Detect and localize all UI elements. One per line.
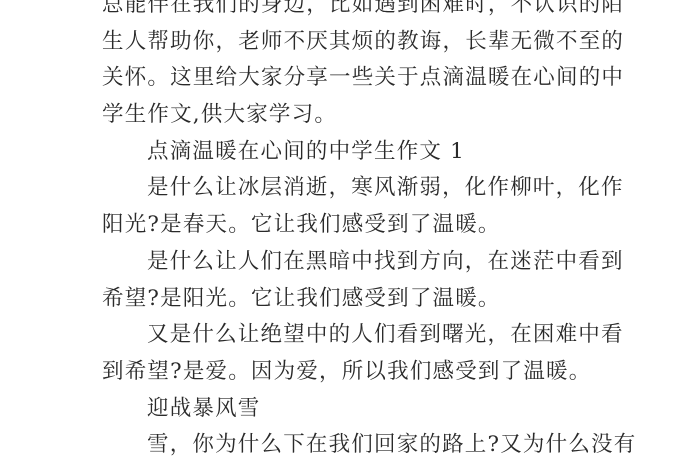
section-heading: 迎战暴风雪 — [102, 391, 594, 428]
text-line: 雪，你为什么下在我们回家的路上?又为什么没有 — [102, 427, 594, 464]
text-line: 又是什么让绝望中的人们看到曙光，在困难中看 — [102, 317, 594, 354]
text-line: 到希望?是爱。因为爱，所以我们感受到了温暖。 — [102, 354, 594, 391]
text-line: 是什么让冰层消逝，寒风渐弱，化作柳叶，化作 — [102, 170, 594, 207]
text-line: 总能伴在我们的身边，比如遇到困难时，不认识的陌 — [102, 0, 594, 24]
essay-title: 点滴温暖在心间的中学生作文 1 — [102, 134, 594, 171]
text-line: 阳光?是春天。它让我们感受到了温暖。 — [102, 207, 594, 244]
text-line: 学生作文,供大家学习。 — [102, 97, 594, 134]
text-line: 生人帮助你，老师不厌其烦的教诲，长辈无微不至的 — [102, 24, 594, 61]
text-line: 是什么让人们在黑暗中找到方向，在迷茫中看到 — [102, 244, 594, 281]
document-page: 总能伴在我们的身边，比如遇到困难时，不认识的陌 生人帮助你，老师不厌其烦的教诲，… — [102, 0, 594, 464]
text-line: 关怀。这里给大家分享一些关于点滴温暖在心间的中 — [102, 60, 594, 97]
text-line: 希望?是阳光。它让我们感受到了温暖。 — [102, 281, 594, 318]
